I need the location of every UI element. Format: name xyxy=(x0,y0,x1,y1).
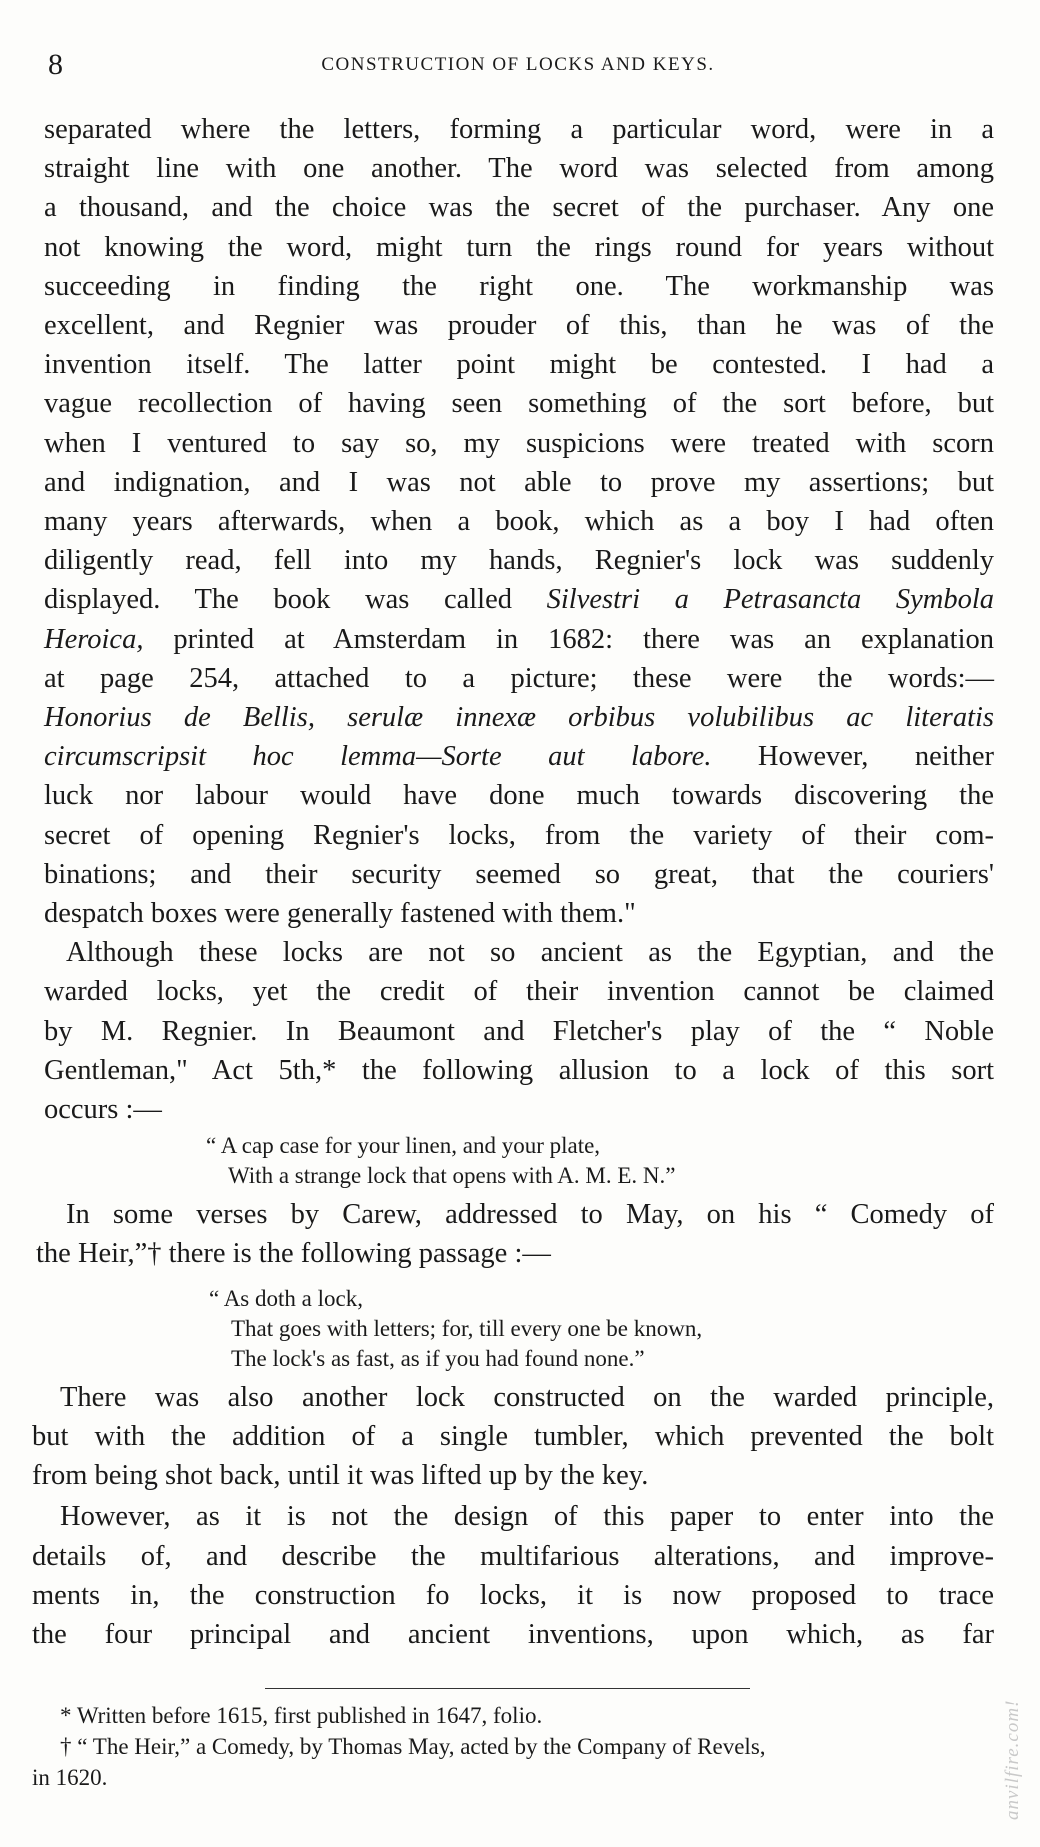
text-line: Honorius de Bellis, serulæ innexæ orbibu… xyxy=(44,698,994,737)
text-line: succeeding in finding the right one. The… xyxy=(44,267,994,306)
text-line: but with the addition of a single tumble… xyxy=(32,1417,994,1456)
text-line: Heroica, printed at Amsterdam in 1682: t… xyxy=(44,620,994,659)
block-quote-1: “ A cap case for your linen, and your pl… xyxy=(206,1131,994,1191)
footnotes: * Written before 1615, first published i… xyxy=(32,1700,982,1793)
text-line: at page 254, attached to a picture; thes… xyxy=(44,659,994,698)
text-line: details of, and describe the multifariou… xyxy=(32,1537,994,1576)
footnote-dagger-continued: in 1620. xyxy=(32,1762,982,1793)
text-line: ments in, the construction fo locks, it … xyxy=(32,1576,994,1615)
text-line: not knowing the word, might turn the rin… xyxy=(44,228,994,267)
text-line: excellent, and Regnier was prouder of th… xyxy=(44,306,994,345)
text-fragment: printed at Amsterdam in 1682: there was … xyxy=(143,624,994,655)
text-line: when I ventured to say so, my suspicions… xyxy=(44,424,994,463)
text-line: by M. Regnier. In Beaumont and Fletcher'… xyxy=(44,1012,994,1051)
book-title-italic: Silvestri a Petrasancta Symbola xyxy=(547,584,994,615)
text-line: circumscripsit hoc lemma—Sorte aut labor… xyxy=(44,737,994,776)
text-line: warded locks, yet the credit of their in… xyxy=(44,972,994,1011)
text-line: the four principal and ancient invention… xyxy=(32,1615,994,1654)
running-title: CONSTRUCTION OF LOCKS AND KEYS. xyxy=(48,54,988,76)
text-line: invention itself. The latter point might… xyxy=(44,345,994,384)
page-header: 8 CONSTRUCTION OF LOCKS AND KEYS. xyxy=(48,48,988,88)
latin-quote-italic: circumscripsit hoc lemma—Sorte aut labor… xyxy=(44,741,711,772)
text-line: secret of opening Regnier's locks, from … xyxy=(44,816,994,855)
text-line: However, as it is not the design of this… xyxy=(32,1497,994,1536)
text-line: vague recollection of having seen someth… xyxy=(44,384,994,423)
footnote-dagger: † “ The Heir,” a Comedy, by Thomas May, … xyxy=(32,1731,982,1762)
quote-line: That goes with letters; for, till every … xyxy=(209,1314,994,1344)
paragraph-2: Although these locks are not so ancient … xyxy=(44,933,994,1129)
text-line: from being shot back, until it was lifte… xyxy=(32,1456,994,1495)
quote-line: With a strange lock that opens with A. M… xyxy=(206,1161,994,1191)
latin-quote-italic: Honorius de Bellis, serulæ innexæ orbibu… xyxy=(44,702,994,733)
paragraph-3: In some verses by Carew, addressed to Ma… xyxy=(44,1195,994,1273)
footnote-asterisk: * Written before 1615, first published i… xyxy=(32,1700,982,1731)
quote-line: “ As doth a lock, xyxy=(209,1284,994,1314)
text-line: displayed. The book was called Silvestri… xyxy=(44,580,994,619)
text-line: In some verses by Carew, addressed to Ma… xyxy=(44,1195,994,1234)
paragraph-5: However, as it is not the design of this… xyxy=(32,1497,994,1654)
text-line: the Heir,”† there is the following passa… xyxy=(36,1234,994,1273)
watermark: anvilfire.com! xyxy=(1002,1710,1026,1820)
quote-line: The lock's as fast, as if you had found … xyxy=(209,1344,994,1374)
text-line: separated where the letters, forming a p… xyxy=(44,110,994,149)
text-line: a thousand, and the choice was the secre… xyxy=(44,188,994,227)
text-fragment: However, neither xyxy=(711,741,994,772)
text-fragment: displayed. The book was called xyxy=(44,584,547,615)
text-line: Although these locks are not so ancient … xyxy=(44,933,994,972)
text-line: There was also another lock constructed … xyxy=(32,1378,994,1417)
text-line: despatch boxes were generally fastened w… xyxy=(44,894,994,933)
body-text: separated where the letters, forming a p… xyxy=(44,110,994,1654)
book-title-italic: Heroica, xyxy=(44,624,143,655)
text-line: and indignation, and I was not able to p… xyxy=(44,463,994,502)
text-line: diligently read, fell into my hands, Reg… xyxy=(44,541,994,580)
text-line: occurs :— xyxy=(44,1090,994,1129)
text-line: straight line with one another. The word… xyxy=(44,149,994,188)
paragraph-4: There was also another lock constructed … xyxy=(32,1378,994,1496)
text-line: many years afterwards, when a book, whic… xyxy=(44,502,994,541)
quote-line: “ A cap case for your linen, and your pl… xyxy=(206,1131,994,1161)
text-line: Gentleman," Act 5th,* the following allu… xyxy=(44,1051,994,1090)
block-quote-2: “ As doth a lock, That goes with letters… xyxy=(209,1284,994,1374)
text-line: luck nor labour would have done much tow… xyxy=(44,776,994,815)
watermark-text: anvilfire.com! xyxy=(1002,1700,1024,1820)
footnote-divider xyxy=(265,1688,750,1689)
text-line: binations; and their security seemed so … xyxy=(44,855,994,894)
paragraph-1: separated where the letters, forming a p… xyxy=(44,110,994,933)
